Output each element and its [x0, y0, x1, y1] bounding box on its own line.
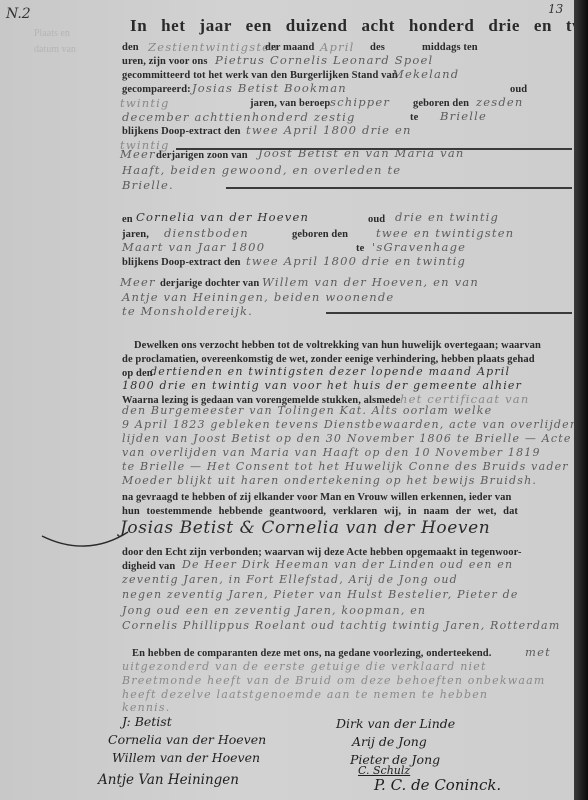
print-text: oud [510, 84, 527, 95]
print-text: te [410, 112, 418, 123]
handwritten-text: uitgezonderd van de eerste getuige die v… [122, 660, 487, 673]
handwritten-groom-name: Josias Betist Bookman [192, 81, 347, 95]
print-text: den [122, 42, 139, 53]
handwritten-witness-text: negen zeventig Jaren, Pieter van Hulst B… [122, 588, 519, 601]
handwritten-text: Haaft, beiden gewoond, en overleden te [122, 163, 401, 177]
print-text: na gevraagd te hebben of zij elkander vo… [122, 492, 511, 503]
signature-groom: J: Betist [122, 714, 172, 729]
handwritten-municipality: Mekeland [392, 67, 459, 81]
handwritten-proclamation-dates: dertienden en twintigsten dezer lopende … [150, 365, 510, 378]
print-text: digheid van [122, 561, 175, 572]
record-number: N.2 [6, 6, 31, 22]
handwritten-month: April [320, 40, 355, 54]
handwritten-text: te Brielle — Het Consent tot het Huwelij… [122, 460, 569, 473]
handwritten-groom-parents: Joost Betist en van Maria van [258, 146, 465, 160]
handwritten-text: Brielle. [122, 178, 174, 192]
handwritten-text: Breetmonde heeft van de Bruid om deze be… [122, 674, 545, 687]
handwritten-official: Pietrus Cornelis Leonard Spoel [215, 53, 433, 67]
handwritten-text: 1800 drie en twintig van voor het huis d… [122, 379, 522, 392]
handwritten-text: Antje van Heiningen, beiden woonende [122, 290, 394, 304]
print-text: der maand [265, 42, 314, 53]
handwritten-bride-birth-day: twee en twintigsten [376, 226, 514, 240]
handwritten-text: Meer [120, 147, 156, 161]
handwritten-bride-age: drie en twintig [395, 210, 499, 224]
handwritten-bride-extract-date: twee April 1800 drie en twintig [246, 254, 466, 268]
handwritten-age: twintig [120, 96, 170, 110]
page-mark: 13 [548, 2, 563, 16]
signature-bride-mother: Antje Van Heiningen [98, 772, 239, 788]
print-text: geboren den [413, 98, 469, 109]
handwritten-witness-text: Cornelis Phillippus Roelant oud tachtig … [122, 619, 560, 632]
flourish-icon [40, 528, 130, 550]
print-text: blijkens Doop-extract den [122, 126, 241, 137]
handwritten-bride-name: Cornelia van der Hoeven [136, 210, 309, 224]
handwritten-text: Moeder blijkt uit haren ondertekening op… [122, 474, 537, 487]
handwritten-text: lijden van Joost Betist op den 30 Novemb… [122, 432, 572, 445]
handwritten-text: te Monsholdereijk. [122, 304, 253, 318]
print-text: geboren den [292, 229, 348, 240]
print-text: derjarige dochter van [160, 278, 259, 289]
print-text: te [356, 243, 364, 254]
signature-witness-2: Arij de Jong [352, 734, 427, 749]
fill-line [326, 312, 572, 314]
handwritten-text: met [525, 645, 551, 659]
handwritten-text: den Burgemeester van Tolingen Kat. Alts … [122, 404, 492, 417]
handwritten-birth-day: zesden [476, 95, 524, 109]
print-text: de proclamatien, overeenkomstig de wet, … [122, 354, 535, 365]
print-text: hun toestemmende hebbende geantwoord, ve… [122, 506, 518, 517]
handwritten-bride-birth-date: Maart van Jaar 1800 [122, 240, 265, 254]
print-text: en [122, 214, 133, 225]
print-text: middags ten [422, 42, 478, 53]
print-text: blijkens Doop-extract den [122, 257, 241, 268]
handwritten-extract-date: twee April 1800 drie en [246, 123, 412, 137]
document-heading: In het jaar een duizend acht honderd dri… [130, 16, 588, 36]
print-text: Dewelken ons verzocht hebben tot de volt… [134, 340, 541, 351]
handwritten-text: heeft dezelve laatstgenoemde aan te neme… [122, 688, 488, 701]
handwritten-witness-text: zeventig Jaren, in Fort Ellefstad, Arij … [122, 573, 458, 586]
handwritten-witness-text: Jong oud een en zeventig Jaren, koopman,… [122, 604, 426, 617]
signature-bride: Cornelia van der Hoeven [108, 732, 266, 747]
handwritten-bride-birth-place: 'sGravenhage [372, 240, 466, 254]
document-page: Plaats en datum van N.2 13 In het jaar e… [0, 0, 574, 800]
handwritten-couple-names: Josias Betist & Cornelia van der Hoeven [120, 518, 490, 538]
print-text: En hebben de comparanten deze met ons, n… [132, 648, 491, 659]
signature-witness-1: Dirk van der Linde [336, 716, 455, 731]
print-text: jaren, van beroep [250, 98, 330, 109]
handwritten-text: kennis. [122, 701, 170, 714]
print-text: oud [368, 214, 385, 225]
scan-border [574, 0, 588, 800]
margin-bleed-text: datum van [34, 44, 76, 55]
print-text: derjarigen zoon van [156, 150, 248, 161]
print-text: jaren, [122, 229, 149, 240]
handwritten-witness-1: De Heer Dirk Heeman van der Linden oud e… [182, 558, 513, 571]
print-text: op den [122, 368, 153, 379]
handwritten-bride-occupation: dienstboden [164, 226, 249, 240]
print-text: des [370, 42, 385, 53]
margin-bleed-text: Plaats en [34, 28, 70, 39]
signature-official: P. C. de Coninck. [374, 776, 501, 794]
handwritten-text: van overlijden van Maria van Haaft op de… [122, 446, 541, 459]
fill-line [226, 187, 572, 189]
print-text: door den Echt zijn verbonden; waarvan wi… [122, 547, 522, 558]
print-text: uren, zijn voor ons [122, 56, 208, 67]
print-text: gecommitteerd tot het werk van den Burge… [122, 70, 398, 81]
signature-bride-father: Willem van der Hoeven [112, 750, 260, 765]
handwritten-birth-date: december achttienhonderd zestig [122, 110, 356, 124]
print-text: gecompareerd: [122, 84, 191, 95]
handwritten-birth-place: Brielle [440, 109, 487, 123]
handwritten-occupation: schipper [330, 95, 390, 109]
handwritten-text: 9 April 1823 gebleken tevens Dienstbewaa… [122, 418, 578, 431]
handwritten-bride-parents: Willem van der Hoeven, en van [262, 275, 479, 289]
handwritten-day: Zestientwintigsten [148, 40, 279, 54]
handwritten-text: Meer [120, 275, 156, 289]
